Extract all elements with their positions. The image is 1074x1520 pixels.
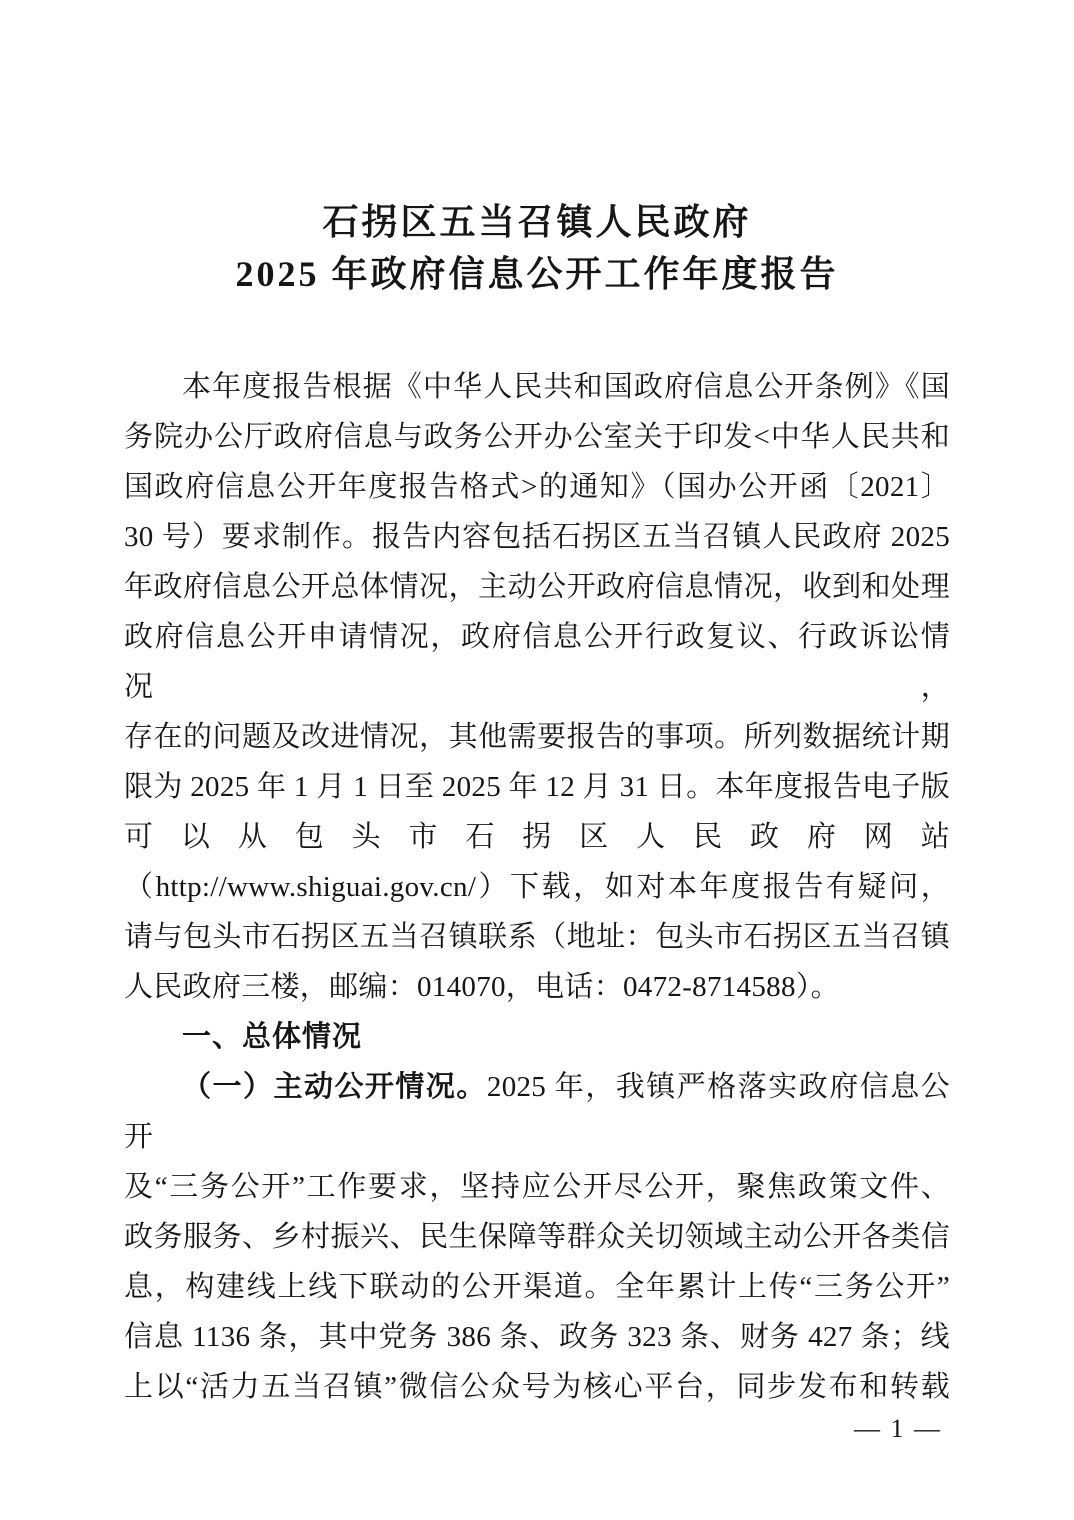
page-number: — 1 — [854,1414,942,1444]
paragraph-line: 本年度报告根据《中华人民共和国政府信息公开条例》《国 [124,362,950,412]
document-body: 本年度报告根据《中华人民共和国政府信息公开条例》《国 务院办公厅政府信息与政务公… [124,362,950,1412]
title-line-2: 2025 年政府信息公开工作年度报告 [124,248,950,300]
paragraph-line: 限为 2025 年 1 月 1 日至 2025 年 12 月 31 日。本年度报… [124,762,950,812]
paragraph-line-spread: 可 以 从 包 头 市 石 拐 区 人 民 政 府 网 站 [124,812,950,862]
paragraph-line: 年政府信息公开总体情况，主动公开政府信息情况，收到和处理 [124,562,950,612]
paragraph-line: 30 号）要求制作。报告内容包括石拐区五当召镇人民政府 2025 [124,512,950,562]
section1-paragraph: （一）主动公开情况。2025 年，我镇严格落实政府信息公开 及“三务公开”工作要… [124,1062,950,1412]
paragraph-line: 上以“活力五当召镇”微信公众号为核心平台，同步发布和转载 [124,1362,950,1412]
paragraph-line: 务院办公厅政府信息与政务公开办公室关于印发<中华人民共和 [124,412,950,462]
document-page: 石拐区五当召镇人民政府 2025 年政府信息公开工作年度报告 本年度报告根据《中… [0,0,1074,1520]
title-line-1: 石拐区五当召镇人民政府 [124,196,950,248]
paragraph-line: 国政府信息公开年度报告格式>的通知》（国办公开函〔2021〕 [124,462,950,512]
paragraph-line: 及“三务公开”工作要求，坚持应公开尽公开，聚焦政策文件、 [124,1162,950,1212]
paragraph-line: （http://www.shiguai.gov.cn/）下载，如对本年度报告有疑… [124,862,950,912]
paragraph-line: 政务服务、乡村振兴、民生保障等群众关切领域主动公开各类信 [124,1212,950,1262]
paragraph-line: 政府信息公开申请情况，政府信息公开行政复议、行政诉讼情况， [124,612,950,712]
paragraph-line: 请与包头市石拐区五当召镇联系（地址：包头市石拐区五当召镇 [124,912,950,962]
paragraph-line: 人民政府三楼，邮编：014070，电话：0472-8714588）。 [124,962,950,1012]
subsection-heading: （一）主动公开情况。 [182,1071,487,1103]
paragraph-line: 息，构建线上线下联动的公开渠道。全年累计上传“三务公开” [124,1262,950,1312]
section-heading: 一、总体情况 [124,1012,950,1062]
paragraph-line: 存在的问题及改进情况，其他需要报告的事项。所列数据统计期 [124,712,950,762]
document-title: 石拐区五当召镇人民政府 2025 年政府信息公开工作年度报告 [124,196,950,300]
paragraph-line: （一）主动公开情况。2025 年，我镇严格落实政府信息公开 [124,1062,950,1162]
paragraph-line: 信息 1136 条，其中党务 386 条、政务 323 条、财务 427 条；线 [124,1312,950,1362]
intro-paragraph: 本年度报告根据《中华人民共和国政府信息公开条例》《国 务院办公厅政府信息与政务公… [124,362,950,1012]
